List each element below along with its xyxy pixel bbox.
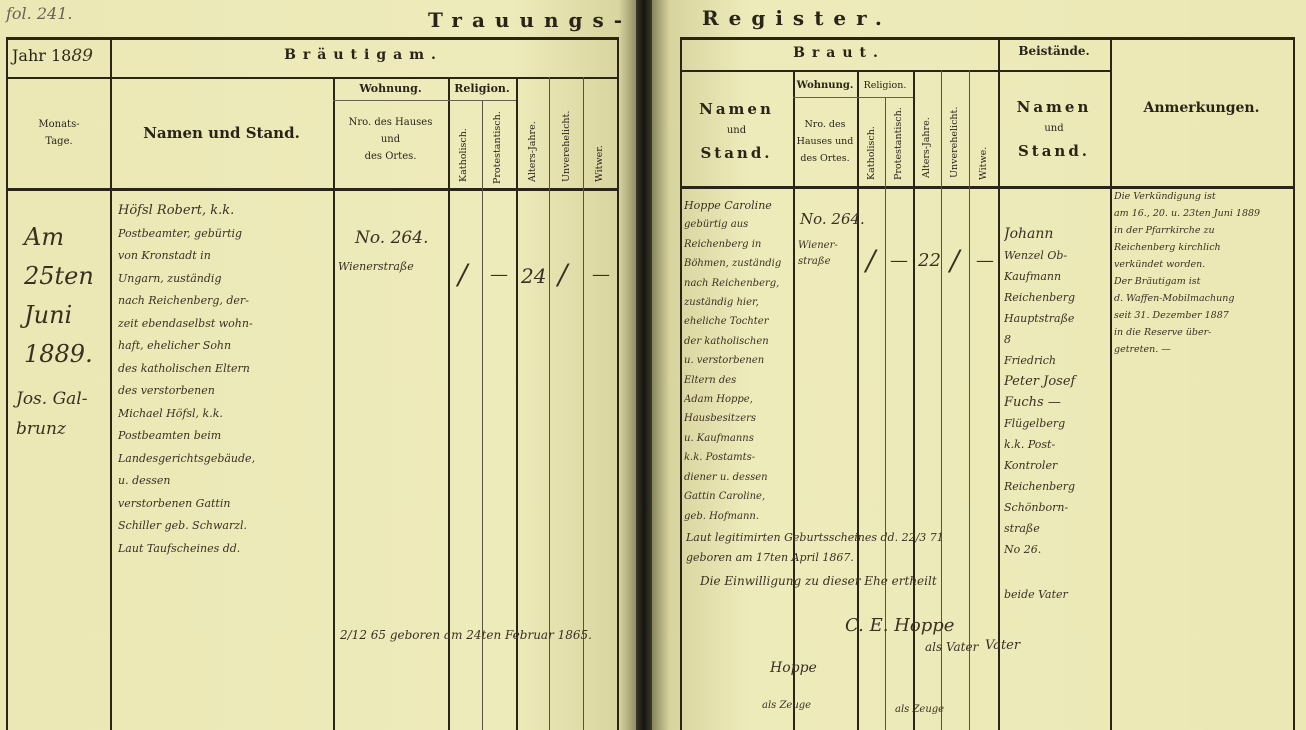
signature-witness-2-role: als Zeuge — [895, 704, 944, 715]
groom-name-status-header: Namen und Stand. — [110, 124, 333, 142]
witness-father-note: beide Vater — [1004, 588, 1068, 601]
groom-residence-header: Wohnung. — [333, 82, 448, 95]
officiant-name: Jos. Gal- brunz — [16, 384, 87, 444]
bride-age: 22 — [918, 250, 941, 271]
bride-house-number: No. 264. — [800, 210, 865, 228]
bride-widow-mark: — — [976, 250, 994, 271]
groom-age-header: Alters-Jahre. — [527, 106, 538, 182]
signature-witness-1: Hoppe — [770, 660, 817, 676]
bride-unmarried-header: Unverehelicht. — [949, 104, 960, 178]
marriage-date: Am 25ten Juni 1889. — [24, 218, 94, 374]
signature-witness-1-role: als Zeuge — [762, 700, 811, 711]
witness-name-status-header: Namen und Stand. — [998, 96, 1110, 162]
month-days-header: Monats- Tage. — [8, 116, 110, 150]
bride-section-header: Braut. — [680, 45, 998, 61]
bride-residence-detail: Nro. des Hauses und des Ortes. — [793, 116, 857, 167]
remarks-text: Die Verkündigung ist am 16., 20. u. 23te… — [1114, 188, 1294, 358]
bride-name-status-header: Namen und Stand. — [680, 98, 793, 164]
groom-unmarried-header: Unverehelicht. — [561, 104, 572, 182]
signature-vater: Vater — [985, 638, 1020, 653]
groom-widower-mark: — — [592, 264, 610, 285]
bride-place: Wiener-straße — [798, 238, 854, 270]
witness-names: Johann Wenzel Ob- Kaufmann Reichenberg H… — [1004, 224, 1108, 560]
bride-residence-header: Wohnung. — [793, 80, 857, 91]
bride-age-header: Alters-Jahre. — [921, 104, 932, 178]
folio-number: fol. 241. — [6, 4, 72, 23]
groom-place: Wienerstraße — [338, 260, 414, 273]
bride-protestant-header: Protestantisch. — [893, 104, 904, 180]
groom-birth-note: 2/12 65 geboren am 24ten Februar 1865. — [340, 628, 592, 642]
register-title-right: Register. — [702, 6, 892, 30]
groom-catholic-mark: / — [458, 258, 467, 291]
groom-protestant-mark: — — [490, 264, 508, 285]
groom-name-status: Höfsl Robert, k.k. Postbeamter, gebürtig… — [118, 200, 330, 560]
bride-religion-header: Religion. — [857, 80, 913, 91]
year-handwritten: 89 — [71, 46, 93, 66]
signature-father: C. E. Hoppe — [845, 615, 954, 636]
bride-catholic-mark: / — [866, 244, 875, 277]
bride-legitimation-note: Laut legitimirten Geburtsscheines dd. 22… — [686, 528, 986, 568]
groom-house-number: No. 264. — [355, 228, 428, 248]
bride-name-status: Hoppe Caroline gebürtig aus Reichenberg … — [684, 196, 792, 526]
register-title-left: Trauungs- — [428, 8, 632, 32]
groom-widower-header: Witwer. — [594, 136, 605, 182]
groom-residence-detail: Nro. des Hauses und des Ortes. — [333, 114, 448, 165]
bride-widow-header: Witwe. — [978, 138, 989, 180]
groom-unmarried-mark: / — [558, 258, 567, 291]
bride-catholic-header: Katholisch. — [866, 116, 877, 180]
consent-note: Die Einwilligung zu dieser Ehe ertheilt — [700, 574, 937, 588]
groom-protestant-header: Protestantisch. — [492, 104, 503, 184]
signature-father-role: als Vater — [925, 640, 978, 654]
groom-catholic-header: Katholisch. — [458, 112, 469, 182]
bride-unmarried-mark: / — [950, 244, 959, 277]
year-label: Jahr 18 — [12, 46, 71, 65]
book-gutter — [636, 0, 652, 730]
groom-religion-header: Religion. — [448, 82, 516, 95]
remarks-header: Anmerkungen. — [1110, 100, 1293, 116]
witnesses-section-header: Beistände. — [998, 44, 1110, 58]
groom-age: 24 — [521, 264, 546, 288]
bride-protestant-mark: — — [890, 250, 908, 271]
year-cell: Jahr 1889 — [12, 46, 93, 66]
groom-section-header: Bräutigam. — [110, 47, 617, 63]
